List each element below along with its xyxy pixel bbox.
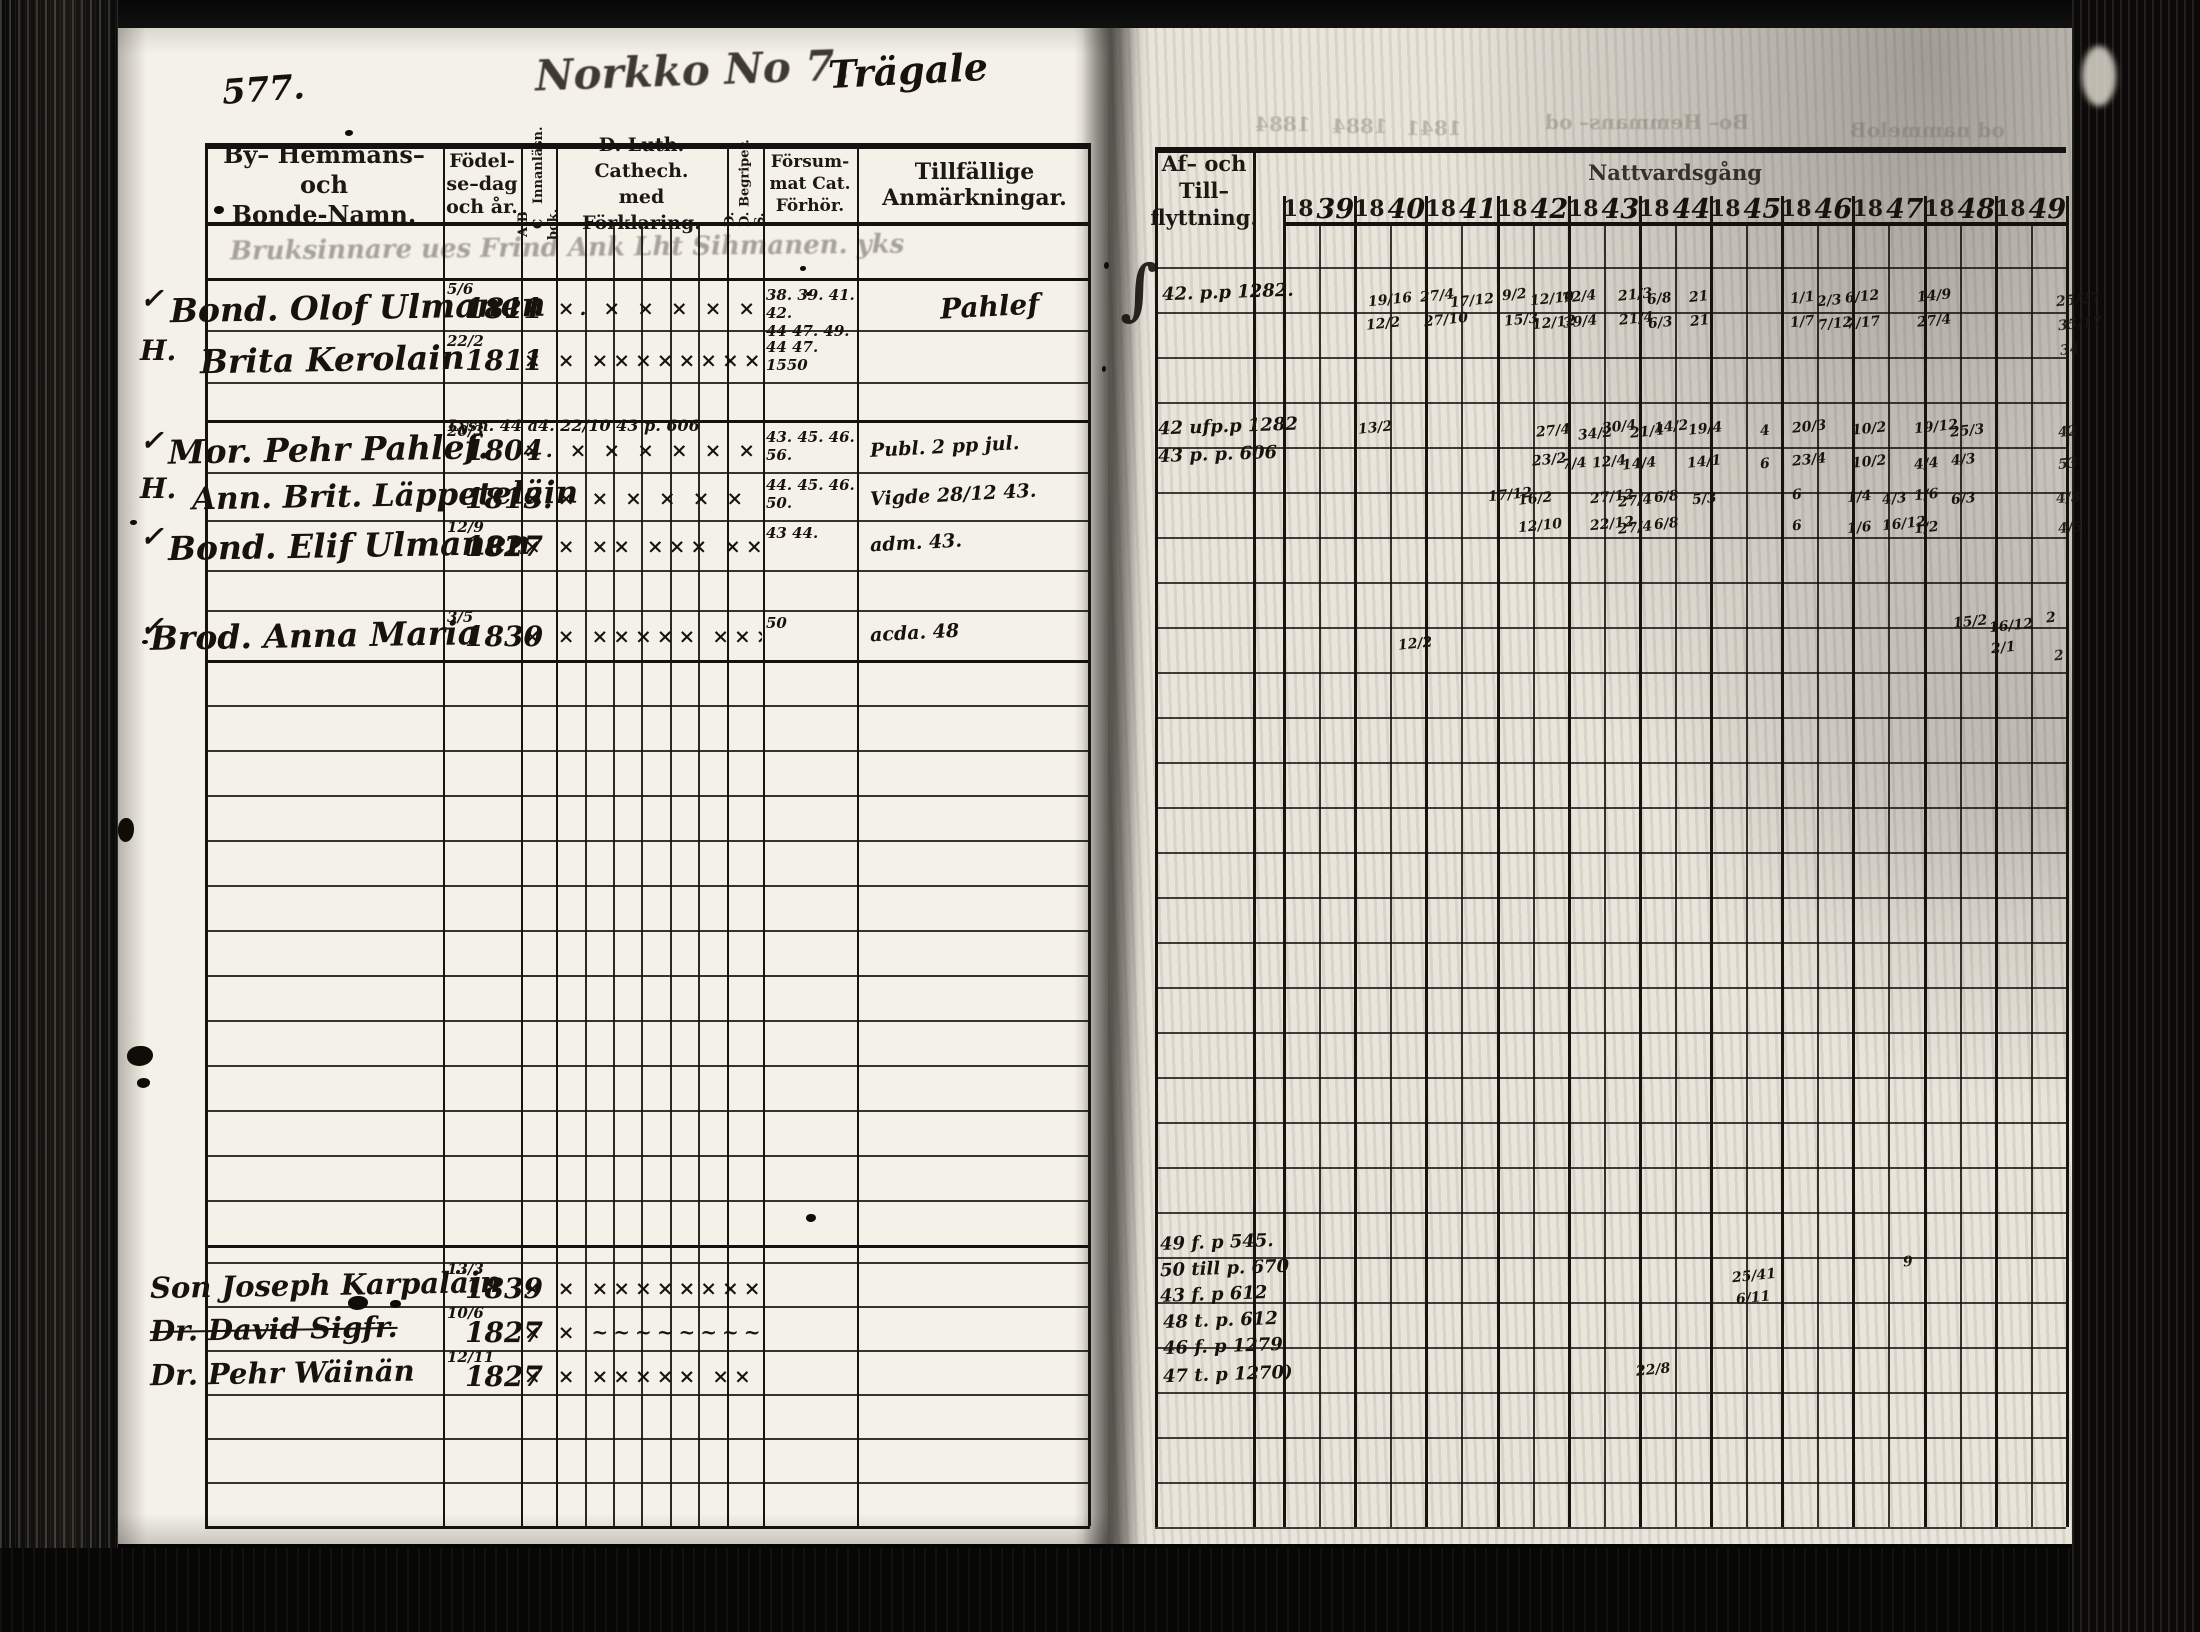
year-column-line <box>1710 196 1713 1527</box>
year-label: 1847 <box>1852 196 1924 222</box>
communion-mark: 4/3 <box>1881 490 1907 508</box>
communion-mark: 1/6 <box>1846 519 1872 537</box>
left-table-hrule <box>205 1438 1090 1440</box>
year-label: 1846 <box>1781 196 1852 222</box>
right-grid-hrule <box>1155 852 2066 854</box>
anmarkning-note: Vigde 28/12 43. <box>870 480 1037 511</box>
communion-mark: 12/2 <box>1365 314 1401 334</box>
right-grid-hrule <box>1155 267 2066 269</box>
communion-mark: 2 <box>2045 610 2056 627</box>
right-grid-hrule <box>1155 1032 2066 1034</box>
left-table-hrule <box>205 330 1090 332</box>
ink-blot <box>142 640 148 644</box>
year-printed-prefix: 18 <box>1283 196 1314 222</box>
bleedthrough-text: od nammeloB <box>1850 118 2005 142</box>
year-printed-prefix: 18 <box>1425 196 1456 222</box>
year-handwritten-digits: 41 <box>1459 194 1497 225</box>
year-handwritten-digits: 48 <box>1958 194 1996 225</box>
left-table-hrule <box>205 795 1090 797</box>
communion-mark: 4/3 <box>1950 451 1976 469</box>
edge-margin-mark: 34 <box>2059 341 2080 359</box>
catechism-marks: × × × × × × × <box>524 486 762 510</box>
communion-mark: 1/2 <box>1913 519 1939 537</box>
catechism-marks: ×. × × × × × × <box>524 438 762 462</box>
communion-mark: 14/4 <box>1621 454 1657 474</box>
row-margin-mark: ✓ <box>140 520 163 553</box>
communion-mark: 39/4 <box>1562 312 1598 332</box>
ink-blot <box>1104 262 1109 269</box>
year-column-line <box>1924 196 1927 1527</box>
year-column-line <box>1995 196 1998 1527</box>
catechism-marks: × × ××××××××××× <box>524 348 762 372</box>
communion-mark: 7/4 <box>1561 455 1587 473</box>
year-column-line <box>1852 196 1855 1527</box>
year-column-line <box>1425 196 1428 1527</box>
year-half-line <box>1746 222 1748 1527</box>
right-grid-hrule <box>1155 1212 2066 1214</box>
year-label: 1844 <box>1639 196 1710 222</box>
year-handwritten-digits: 42 <box>1531 194 1569 225</box>
communion-mark: 6/8 <box>1653 488 1679 506</box>
communion-mark: 16/2 <box>1517 489 1553 509</box>
catechism-marks: × × ××××××××× × × <box>524 1276 762 1300</box>
edge-margin-mark: 35/17 <box>2057 314 2103 335</box>
left-table-hrule <box>205 278 1090 281</box>
left-table-hrule <box>205 975 1090 977</box>
ink-blot <box>137 1078 150 1088</box>
right-grid-hrule <box>1155 1257 2066 1259</box>
aftill-note: 50 till p. 670 <box>1160 1256 1290 1281</box>
row-margin-mark: H. <box>140 472 176 505</box>
communion-mark: 2/1 <box>1990 639 2016 657</box>
left-table-hrule <box>205 1020 1090 1022</box>
forsummat-years: 43. 45. 46. 56. <box>766 428 858 464</box>
communion-mark: 27/4 <box>1535 421 1571 441</box>
aftill-note: 43 p. p. 606 <box>1158 442 1278 467</box>
right-grid-hrule <box>1155 1167 2066 1169</box>
banns-note: Lysn. 44 a4. 22/10 43 p. 606 <box>448 416 700 435</box>
person-name: Dr. David Sigfr. <box>150 1310 398 1348</box>
aftill-column-border <box>1155 147 1158 1527</box>
communion-mark: 6 <box>1759 456 1770 473</box>
right-table-top-rule <box>1155 147 2066 153</box>
communion-mark: 6 <box>1791 518 1802 535</box>
year-printed-prefix: 18 <box>1568 196 1599 222</box>
year-half-line <box>1888 222 1890 1527</box>
communion-mark: 16/12 <box>1988 616 2034 637</box>
catechism-marks: × × ××××× ××× ××× <box>524 624 762 648</box>
year-label: 1845 <box>1710 196 1781 222</box>
forsummat-years: 44 47. 1550 <box>766 338 858 374</box>
year-handwritten-digits: 44 <box>1673 194 1711 225</box>
aftill-note: 49 f. p 545. <box>1160 1230 1274 1255</box>
year-label: 1843 <box>1568 196 1639 222</box>
left-table-hrule <box>205 1526 1090 1529</box>
edge-margin-mark: 2 <box>2053 648 2064 665</box>
year-printed-prefix: 18 <box>1497 196 1528 222</box>
communion-mark: 12/10 <box>1517 516 1563 537</box>
communion-mark: 14/2 <box>1653 417 1689 437</box>
communion-mark: 6/3 <box>1647 314 1673 332</box>
right-grid-hrule <box>1155 762 2066 764</box>
communion-mark: 25/41 <box>1731 1266 1777 1287</box>
communion-mark: 10/2 <box>1851 419 1887 439</box>
edge-margin-mark: 4/3 <box>2055 489 2081 507</box>
right-grid-hrule <box>1155 357 2066 359</box>
communion-mark: 7/17 <box>1845 313 1881 333</box>
catechism-marks: × × ××××× ×× <box>524 1364 762 1388</box>
year-label: 1840 <box>1354 196 1425 222</box>
left-table-hrule <box>205 1482 1090 1484</box>
communion-mark: 19/16 <box>1367 290 1413 311</box>
year-label: 1841 <box>1425 196 1497 222</box>
year-column-line <box>1568 196 1571 1527</box>
left-table-hrule <box>205 660 1090 663</box>
ink-blot <box>806 1214 816 1222</box>
communion-mark: 72/4 <box>1561 287 1597 307</box>
ink-blot <box>127 1046 153 1066</box>
left-table-hrule <box>205 520 1090 522</box>
communion-mark: 6/8 <box>1646 290 1672 308</box>
communion-mark: 1/7 <box>1789 313 1815 331</box>
catechism-marks: × × ~~~~~~~~~~ <box>524 1320 762 1344</box>
right-grid-hrule <box>1155 1122 2066 1124</box>
communion-mark: 10/2 <box>1851 452 1887 472</box>
bleedthrough-text: 1884 <box>1332 114 1388 138</box>
communion-mark: 17/12 <box>1449 291 1495 312</box>
left-table-hrule <box>205 885 1090 887</box>
catechism-marks: × × ×× ××× ××× × <box>524 534 762 558</box>
row-margin-mark: H. <box>140 334 176 367</box>
scanned-parish-register: 577. Norkko No 7. Trägale By– Hemmans– o… <box>0 0 2200 1632</box>
year-handwritten-digits: 40 <box>1388 194 1426 225</box>
year-half-line <box>1319 222 1321 1527</box>
year-handwritten-digits: 46 <box>1815 194 1853 225</box>
person-name: Brita Kerolain <box>200 338 465 382</box>
bleedthrough-text: Bo– Hemmans– od <box>1545 110 1749 134</box>
left-table-hrule <box>205 930 1090 932</box>
forsummat-years: 43 44. <box>766 524 858 542</box>
communion-mark: 6 <box>1791 487 1802 504</box>
forsummat-years: 50 <box>766 614 858 632</box>
right-grid-hrule <box>1155 627 2066 629</box>
communion-mark: 5/3 <box>1691 490 1717 508</box>
communion-mark: 9 <box>1902 1254 1913 1271</box>
left-table-hrule <box>205 1200 1090 1202</box>
edge-margin-mark: 4/5 <box>2057 519 2083 537</box>
left-table-hrule <box>205 750 1090 752</box>
right-grid-hrule <box>1155 672 2066 674</box>
year-half-line <box>1960 222 1962 1527</box>
ink-blot <box>214 206 224 214</box>
communion-mark: 4 <box>1759 423 1770 440</box>
ink-blot <box>130 520 137 525</box>
year-column-line <box>1781 196 1784 1527</box>
communion-mark: 27/4 <box>1617 491 1653 511</box>
communion-mark: 1/6 <box>1913 486 1939 504</box>
gutter-brace: ∫ <box>1120 250 1158 328</box>
year-half-line <box>1533 222 1535 1527</box>
year-column-line <box>1639 196 1642 1527</box>
right-grid-hrule <box>1155 1392 2066 1394</box>
ink-blot <box>118 818 134 842</box>
year-handwritten-digits: 45 <box>1744 194 1782 225</box>
year-label: 1848 <box>1924 196 1995 222</box>
generated-overlay: 1839184018411842184318441845184618471848… <box>0 0 2200 1632</box>
communion-mark: 25/3 <box>1949 421 1985 441</box>
year-label: 1842 <box>1497 196 1568 222</box>
left-table-hrule <box>205 705 1090 707</box>
aftill-note: 43 f. p 612 <box>1160 1282 1268 1307</box>
bleedthrough-text: 1841 <box>1406 116 1462 140</box>
aftill-note: 42. p.p 1282. <box>1162 280 1294 306</box>
edge-margin-mark: 53 <box>2057 455 2078 473</box>
communion-mark: 1/1 <box>1789 289 1815 307</box>
communion-mark: 27/4 <box>1617 518 1653 538</box>
right-grid-hrule <box>1155 402 2066 404</box>
forsummat-years: 38. 39. 41. 42. 44 47. 49. <box>766 286 858 340</box>
communion-mark: 2/3 <box>1816 292 1842 310</box>
right-grid-hrule <box>1155 1437 2066 1439</box>
left-table-hrule <box>205 1306 1090 1308</box>
catechism-marks: × ×. × × × × × <box>524 296 762 320</box>
left-table-hrule <box>205 1245 1090 1248</box>
year-label: 1839 <box>1283 196 1354 222</box>
left-table-hrule <box>205 222 1090 226</box>
year-printed-prefix: 18 <box>1995 196 2026 222</box>
bleedthrough-text: 1884 <box>1255 112 1311 136</box>
edge-margin-mark: 42 <box>2057 423 2078 441</box>
left-table-hrule <box>205 1110 1090 1112</box>
anmarkning-note: Publ. 2 pp jul. <box>870 432 1020 462</box>
row-margin-mark: ✓ <box>140 424 163 457</box>
communion-mark: 20/3 <box>1791 417 1827 437</box>
communion-mark: 27/4 <box>1916 311 1952 331</box>
communion-mark: 1/4 <box>1846 488 1872 506</box>
left-table-hrule <box>205 1350 1090 1352</box>
communion-mark: 19/4 <box>1687 419 1723 439</box>
anmarkning-note: Pahlef <box>939 287 1040 325</box>
left-table-hrule <box>205 1262 1090 1264</box>
person-name: Brod. Anna Maria <box>150 613 480 658</box>
left-table-hrule <box>205 1155 1090 1157</box>
left-table-hrule <box>205 382 1090 384</box>
left-table-hrule <box>205 472 1090 474</box>
right-grid-hrule <box>1155 1302 2066 1304</box>
communion-mark: 22/8 <box>1635 1360 1671 1380</box>
year-printed-prefix: 18 <box>1852 196 1883 222</box>
row-margin-mark: ✓ <box>140 282 163 315</box>
communion-mark: 21 <box>1688 288 1709 306</box>
right-grid-hrule <box>1155 582 2066 584</box>
right-grid-hrule <box>1155 1077 2066 1079</box>
right-grid-hrule <box>1155 537 2066 539</box>
communion-mark: 6/3 <box>1950 490 1976 508</box>
left-table-hrule <box>205 570 1090 572</box>
communion-mark: 9/2 <box>1501 286 1527 304</box>
left-table-hrule <box>205 1394 1090 1396</box>
communion-mark: 6/11 <box>1735 1288 1771 1308</box>
ink-blot <box>345 130 353 136</box>
right-grid-hrule <box>1155 1347 2066 1349</box>
year-printed-prefix: 18 <box>1781 196 1812 222</box>
ink-blot <box>1102 366 1106 372</box>
year-half-line <box>1461 222 1463 1527</box>
left-table-vline <box>1088 143 1091 1526</box>
year-label: 1849 <box>1995 196 2066 222</box>
anmarkning-note: adm. 43. <box>869 530 962 557</box>
year-handwritten-digits: 47 <box>1886 194 1924 225</box>
edge-margin-mark: 25/27 <box>2055 290 2101 311</box>
communion-mark: 14/9 <box>1916 286 1952 306</box>
right-grid-hrule <box>1155 942 2066 944</box>
year-half-line <box>1604 222 1606 1527</box>
year-printed-prefix: 18 <box>1924 196 1955 222</box>
year-handwritten-digits: 43 <box>1602 194 1640 225</box>
communion-mark: 6/12 <box>1844 287 1880 307</box>
right-grid-hrule <box>1155 717 2066 719</box>
year-column-line <box>1283 196 1286 1527</box>
year-printed-prefix: 18 <box>1639 196 1670 222</box>
year-half-line <box>2031 222 2033 1527</box>
right-grid-hrule <box>1155 447 2066 449</box>
right-grid-hrule <box>1155 1482 2066 1484</box>
year-column-line <box>1354 196 1357 1527</box>
year-handwritten-digits: 39 <box>1317 194 1355 225</box>
left-table-vline <box>763 143 765 1526</box>
right-grid-hrule <box>1155 807 2066 809</box>
right-grid-hrule <box>1155 987 2066 989</box>
aftill-note: 47 t. p 1270) <box>1163 1362 1293 1388</box>
aftill-note: 48 t. p. 612 <box>1163 1308 1279 1333</box>
communion-mark: 13/2 <box>1357 418 1393 438</box>
ghost-entry-row: Bruksinnare ues Frind Ank Lht Sihmanen. … <box>230 227 1090 266</box>
left-table-hrule <box>205 840 1090 842</box>
communion-mark: 21 <box>1689 312 1710 330</box>
right-grid-hrule <box>1155 897 2066 899</box>
ink-blot <box>800 266 806 271</box>
aftill-note: 46 f. p 1279 <box>1163 1334 1284 1359</box>
year-handwritten-digits: 49 <box>2029 194 2067 225</box>
right-grid-hrule <box>1155 1527 2066 1529</box>
left-table-hrule <box>205 143 1090 149</box>
communion-mark: 23/4 <box>1791 450 1827 470</box>
year-column-line <box>1497 196 1500 1527</box>
left-table-hrule <box>205 1065 1090 1067</box>
communion-mark: 4/4 <box>1913 455 1939 473</box>
year-printed-prefix: 18 <box>1354 196 1385 222</box>
year-printed-prefix: 18 <box>1710 196 1741 222</box>
communion-mark: 6/8 <box>1653 515 1679 533</box>
left-table-hrule <box>205 610 1090 612</box>
aftill-note: 42 ufp.p 1282 <box>1158 414 1299 440</box>
communion-mark: 14/1 <box>1686 452 1722 472</box>
person-name: Dr. Pehr Wäinän <box>150 1354 415 1393</box>
anmarkning-note: acda. 48 <box>869 620 959 647</box>
year-column-line <box>2066 196 2069 1527</box>
person-name: Mor. Pehr Pahlef. <box>168 427 490 472</box>
forsummat-years: 44. 45. 46. 50. <box>766 476 858 512</box>
